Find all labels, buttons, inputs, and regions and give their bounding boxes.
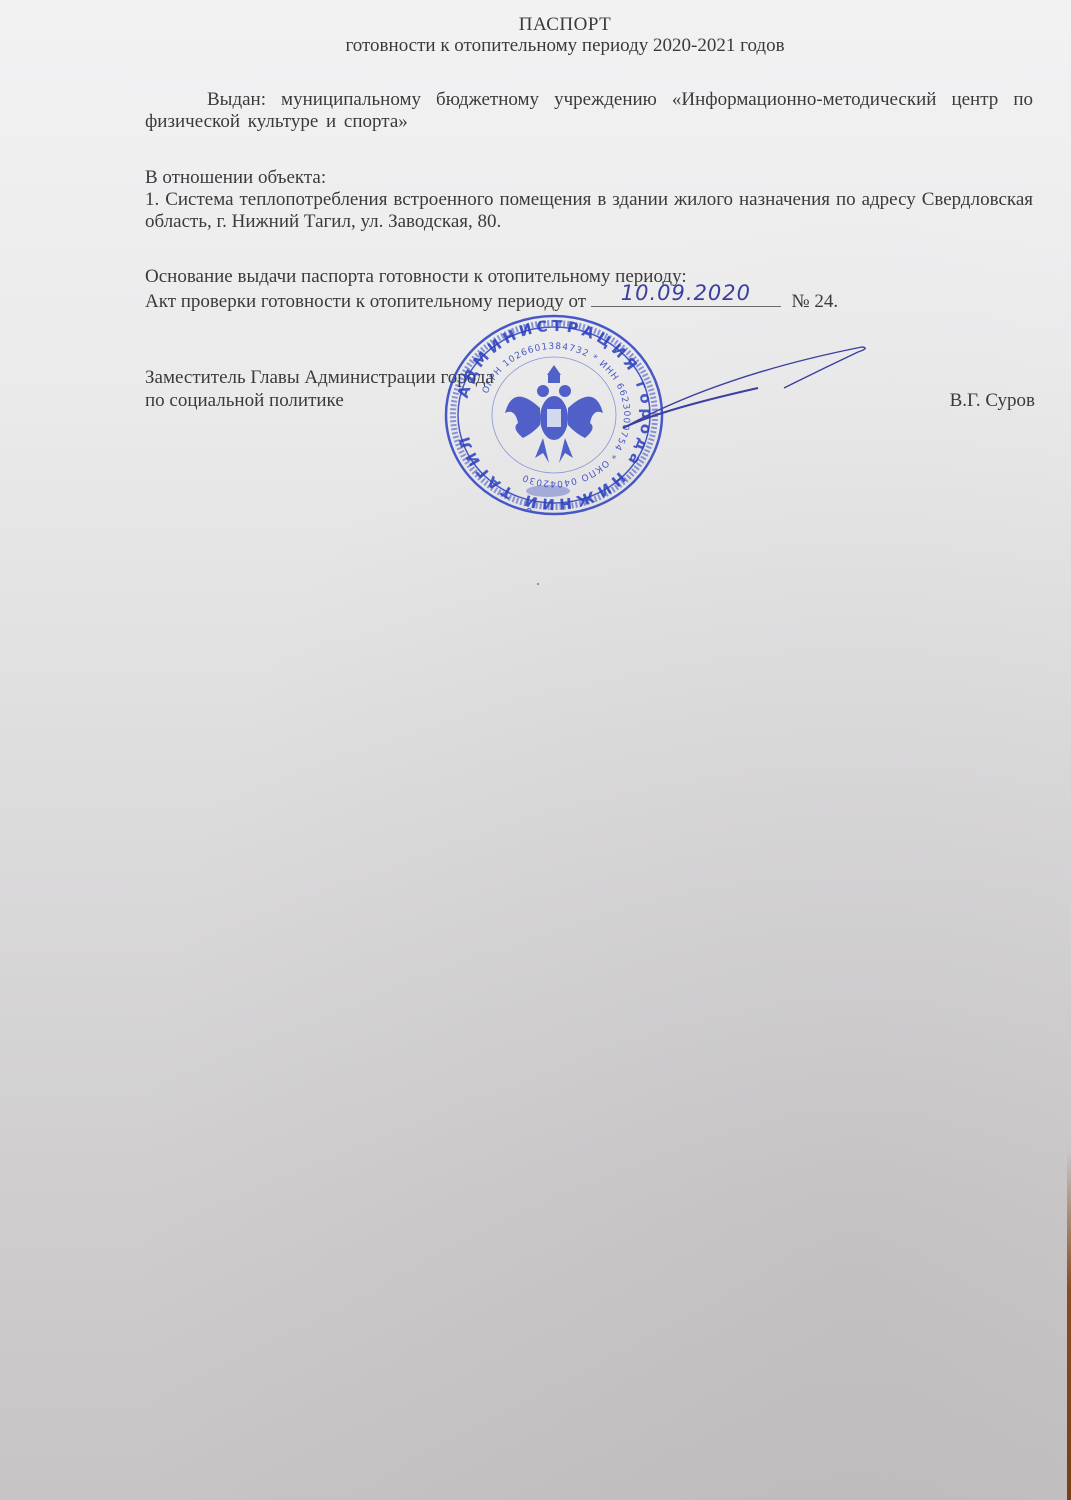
desk-edge <box>1067 1150 1071 1500</box>
act-line: Акт проверки готовности к отопительному … <box>145 288 1033 313</box>
coat-of-arms-icon <box>505 365 603 463</box>
document-subtitle: готовности к отопительному периоду 2020-… <box>145 35 985 57</box>
object-label: В отношении объекта: <box>145 167 1033 189</box>
basis-label: Основание выдачи паспорта готовности к о… <box>145 266 1033 288</box>
act-number: № 24. <box>792 291 839 312</box>
object-item: 1. Система теплопотребления встроенного … <box>145 189 1033 233</box>
act-date-field: 10.09.2020 <box>591 288 781 307</box>
document-title: ПАСПОРТ <box>145 14 985 36</box>
handwritten-signature <box>600 330 880 460</box>
handwritten-date: 10.09.2020 <box>621 282 751 304</box>
issued-to-paragraph: Выдан: муниципальному бюджетному учрежде… <box>145 89 1033 133</box>
act-prefix: Акт проверки готовности к отопительному … <box>145 291 586 312</box>
paper-speck <box>537 583 539 585</box>
